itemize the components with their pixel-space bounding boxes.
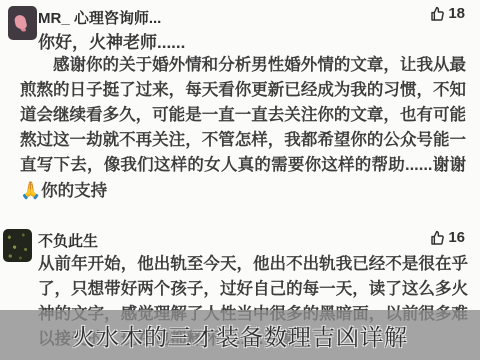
avatar[interactable]	[8, 6, 37, 40]
comment-username[interactable]: MR_ 心理咨询师...	[38, 7, 161, 28]
avatar[interactable]	[3, 229, 32, 262]
like-count: 18	[448, 5, 465, 22]
comment-greeting: 你好，火神老师......	[38, 28, 185, 53]
comment-body-suffix: 你的支持	[41, 182, 107, 200]
like-count: 16	[448, 229, 465, 246]
video-caption-overlay: 火水木的三才装备数理吉凶详解	[0, 310, 480, 360]
caption-text: 火水木的三才装备数理吉凶详解	[72, 319, 408, 352]
comment-body: 感谢你的关于婚外情和分析男性婚外情的文章，让我从最煎熬的日子挺了过来，每天看你更…	[20, 53, 466, 204]
thumbs-up-icon	[429, 6, 445, 22]
praying-hands-emoji: 🙏	[20, 181, 41, 200]
comments-screen: MR_ 心理咨询师... 18 你好，火神老师...... 感谢你的关于婚外情和…	[0, 0, 480, 360]
comment-body-text: 感谢你的关于婚外情和分析男性婚外情的文章，让我从最煎熬的日子挺了过来，每天看你更…	[20, 56, 466, 174]
like-button[interactable]: 16	[429, 229, 465, 246]
like-button[interactable]: 18	[429, 5, 465, 22]
thumbs-up-icon	[429, 230, 445, 246]
avatar-figure	[14, 14, 28, 30]
comment-username[interactable]: 不负此生	[38, 230, 98, 251]
